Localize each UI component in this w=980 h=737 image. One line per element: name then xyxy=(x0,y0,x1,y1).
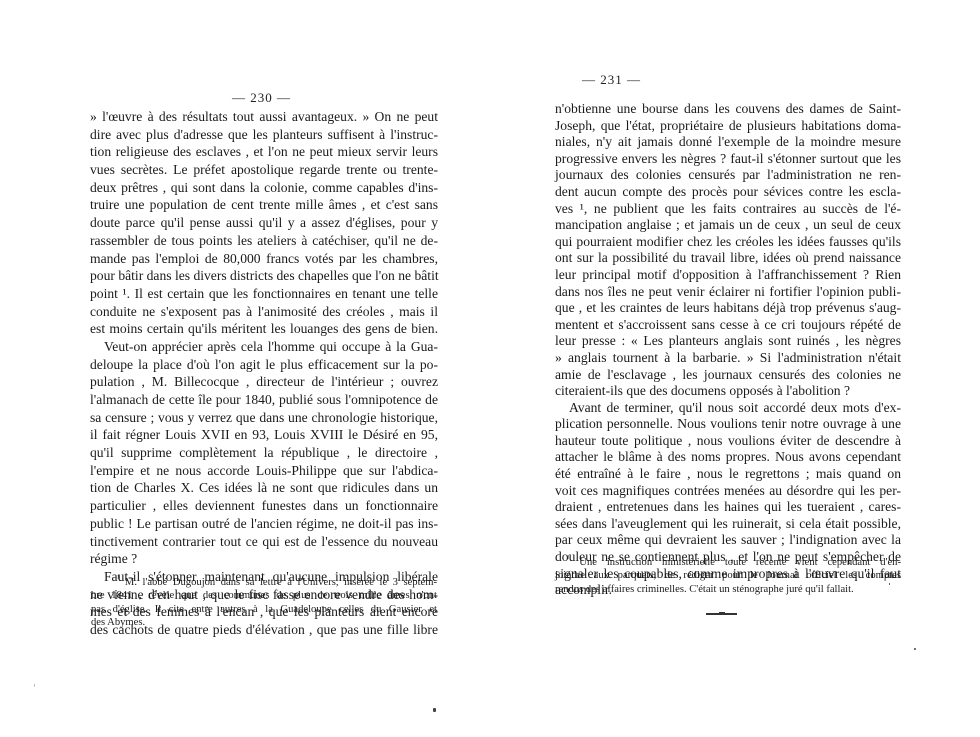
text-line: plication personnelle. Nous voulions ten… xyxy=(555,416,901,433)
text-line: progressive envers les nègres ? faut-il … xyxy=(555,151,901,168)
text-line: dans nos îles ne peut venir éclairer ni … xyxy=(555,284,901,301)
text-line: amie de l'esclavage , les journaux censu… xyxy=(555,367,901,384)
text-line: tion de Charles X. Ces idées là ne sont … xyxy=(90,479,438,497)
text-line: dire avec plus d'adresse que les planteu… xyxy=(90,126,438,144)
text-line: tion religieuse des esclaves , et l'on n… xyxy=(90,143,438,161)
right-page: — 231 — n'obtienne une bourse dans les c… xyxy=(490,0,980,737)
text-line: vues secrètes. Le préfet apostolique reg… xyxy=(90,161,438,179)
footnote-line: rendus des affaires criminelles. C'était… xyxy=(555,583,901,596)
text-line: sa censure ; vous y verrez que dans une … xyxy=(90,409,438,427)
text-line: particulier , elles deviennent funestes … xyxy=(90,497,438,515)
body-text: n'obtienne une bourse dans les couvens d… xyxy=(555,101,901,599)
text-line: pulation , M. Billecocque , directeur de… xyxy=(90,373,438,391)
footnote: ¹ Une instruction ministérielle toute ré… xyxy=(555,556,901,596)
text-line: citeraient-ils que des documens opposés … xyxy=(555,383,901,400)
text-line: » l'œuvre à des résultats tout aussi ava… xyxy=(90,108,438,126)
text-line: deux prêtres , qui sont dans la colonie,… xyxy=(90,179,438,197)
footnote: ¹ M. l'abbé Dugoujon dans sa lettre à l'… xyxy=(105,576,437,630)
text-line: niales, n'y ait jamais donné l'exemple d… xyxy=(555,134,901,151)
footnote-line: des Abymes. xyxy=(91,616,437,629)
text-line: journaux des colonies censurés par l'adm… xyxy=(555,167,901,184)
text-line: l'empire et ne nous accorde Louis-Philip… xyxy=(90,462,438,480)
footnote-line: ¹ Une instruction ministérielle toute ré… xyxy=(555,556,901,569)
footnote-text: M. l'abbé Dugoujon dans sa lettre à l'Un… xyxy=(125,577,437,588)
text-line: dent aucun compte des procès pour sévice… xyxy=(555,184,901,201)
text-line: qu'il supprime complètement la républiqu… xyxy=(90,444,438,462)
page-number: — 230 — xyxy=(232,90,291,106)
text-line: leur presse : « Les planteurs anglais so… xyxy=(555,333,901,350)
text-line: conduite ne s'exposent pas à l'animosité… xyxy=(90,303,438,321)
text-line: ont sur la possibilité du travail libre,… xyxy=(555,250,901,267)
text-line: est moins certain qu'ils méritent les lo… xyxy=(90,320,438,338)
text-line: n'obtienne une bourse dans les couvens d… xyxy=(555,101,901,118)
text-line: hauteur toute politique , nous voulions … xyxy=(555,433,901,450)
text-line: sées dans l'aveuglement qui les ruinerai… xyxy=(555,516,901,533)
ornament-rule xyxy=(706,613,720,615)
text-line: par ceux même qui devraient les sauver ;… xyxy=(555,532,901,549)
footnote-line: ¹ M. l'abbé Dugoujon dans sa lettre à l'… xyxy=(105,576,437,589)
tailpiece-ornament xyxy=(706,610,740,616)
text-line: leur principal motif d'opposition à l'af… xyxy=(555,267,901,284)
text-line: doute parce qu'il pense aussi qu'il y a … xyxy=(90,214,438,232)
text-line: attacher le blâme à des noms propres. No… xyxy=(555,449,901,466)
text-line: tinctivement contrarier tout ce qui est … xyxy=(90,533,438,551)
text-line: Joseph, que l'état, propriétaire de plus… xyxy=(555,118,901,135)
page-number: — 231 — xyxy=(582,72,641,88)
text-line: voit ces magnifiques contrées menées au … xyxy=(555,483,901,500)
paragraph-start-line: Avant de terminer, qu'il nous soit accor… xyxy=(555,400,901,417)
text-line: qui pourraient modifier chez les créoles… xyxy=(555,234,901,251)
body-text: » l'œuvre à des résultats tout aussi ava… xyxy=(90,108,438,639)
left-page: — 230 — » l'œuvre à des résultats tout a… xyxy=(0,0,490,737)
text-line: truire une population de cent trente mil… xyxy=(90,196,438,214)
footnote-line: bre 1841 , révèle que des communes de pl… xyxy=(91,589,437,602)
text-line: » anglais tournent à la barbarie. » Si l… xyxy=(555,350,901,367)
text-line: que , et les craintes de leurs habitans … xyxy=(555,300,901,317)
footnote-text: Une instruction ministérielle toute réce… xyxy=(579,557,901,568)
text-line: public ! Le partisan outré de l'ancien r… xyxy=(90,515,438,533)
footnote-marker: ¹ xyxy=(567,553,569,562)
text-line: ves ¹, ne publient que les faits contrai… xyxy=(555,201,901,218)
text-line: l'almanach de cette île pour 1840, publi… xyxy=(90,391,438,409)
text-line: régime ? xyxy=(90,550,438,568)
footnote-line: pas d'église. Il cite entre autres à la … xyxy=(91,603,437,616)
ornament-rule xyxy=(725,613,737,615)
text-line: mentent et s'accroissent sans cesse à ce… xyxy=(555,317,901,334)
footnote-marker: ¹ xyxy=(117,573,119,582)
text-line: pour bâtir dans les divers districts des… xyxy=(90,267,438,285)
text-line: été entraîné à le faire , nous le regret… xyxy=(555,466,901,483)
text-line: rassembler de tous points les ateliers à… xyxy=(90,232,438,250)
text-line: mande pas l'emploi de 80,000 francs voté… xyxy=(90,250,438,268)
print-speck xyxy=(889,583,890,585)
text-line: point ¹. Il est certain que les fonction… xyxy=(90,285,438,303)
print-speck xyxy=(914,648,916,650)
text-line: draient , entretenues dans les haines qu… xyxy=(555,499,901,516)
text-line: deloupe la place d'où l'on agit le plus … xyxy=(90,356,438,374)
print-speck xyxy=(433,708,436,712)
text-line: il fait régner Louis XVII en 93, Louis X… xyxy=(90,426,438,444)
paragraph-start-line: Veut-on apprécier après cela l'homme qui… xyxy=(90,338,438,356)
footnote-line: joindre aux parquets, de rédiger pour le… xyxy=(555,569,901,582)
print-speck xyxy=(34,684,35,687)
text-line: mancipation anglaise ; et jamais un de c… xyxy=(555,217,901,234)
